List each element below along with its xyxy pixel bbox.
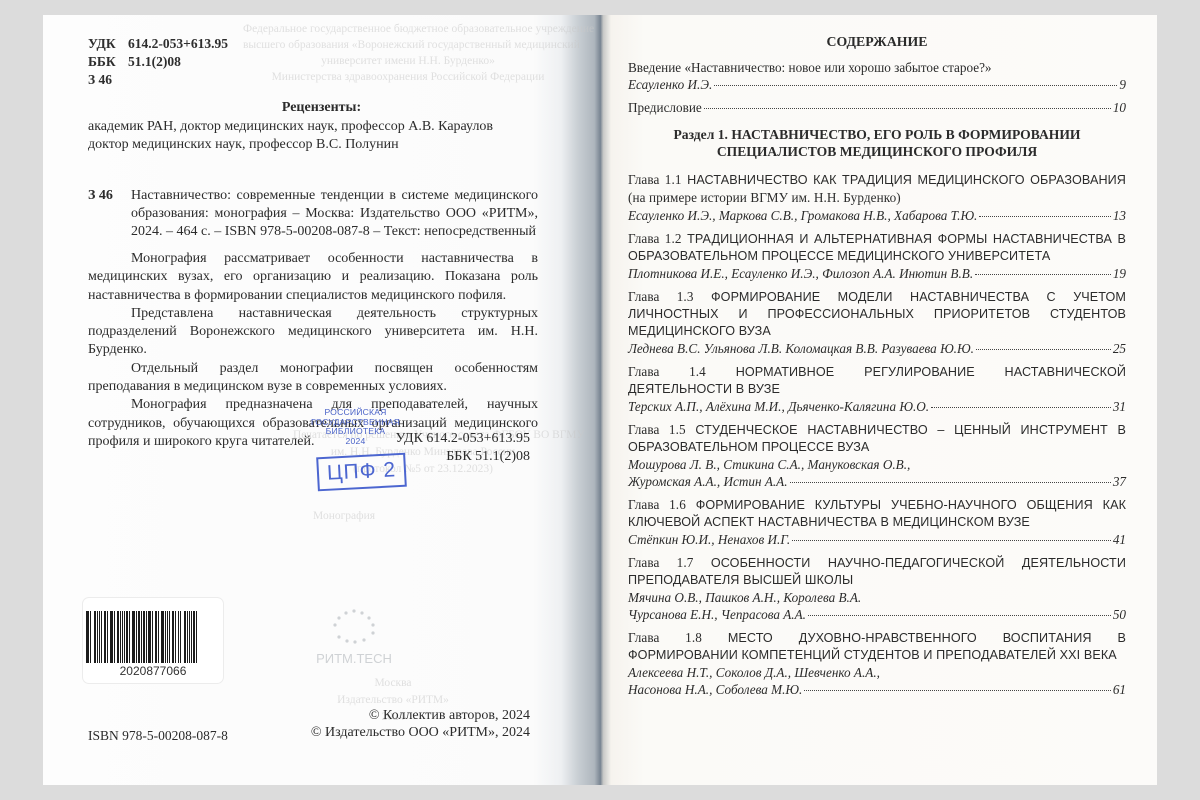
toc-entry-chapter[interactable]: Глава 1.5 СТУДЕНЧЕСКОЕ НАСТАВНИЧЕСТВО – … (628, 421, 1126, 490)
chapter-number: Глава 1.8 (628, 630, 702, 645)
chapter-authors: Алексеева Н.Т., Соколов Д.А., Шевченко А… (628, 664, 1126, 698)
toc-entry-intro[interactable]: Введение «Наставничество: новое или хоро… (628, 59, 1126, 93)
chapter-authors: Терских А.П., Алёхина М.И., Дьяченко-Кал… (628, 398, 1126, 415)
dot-leader (931, 397, 1111, 408)
intro-authors: Есауленко И.Э. (628, 76, 712, 93)
authors-text: Мячина О.В., Пашков А.Н., Королева В.А. (628, 590, 861, 605)
authors-text: Мошурова Л. В., Стикина С.А., Мануковска… (628, 457, 910, 472)
chapter-number: Глава 1.3 (628, 289, 694, 304)
toc-entry-chapter[interactable]: Глава 1.6 ФОРМИРОВАНИЕ КУЛЬТУРЫ УЧЕБНО-Н… (628, 496, 1126, 548)
reviewer: академик РАН, доктор медицинских наук, п… (88, 118, 493, 136)
toc-line: Леднева В.С. Ульянова Л.В. Коломацкая В.… (628, 340, 1126, 357)
bbk-label: ББК (88, 53, 128, 71)
ghost-line: Федеральное государственное бюджетное об… (243, 21, 573, 37)
author-mark: З 46 (88, 71, 228, 89)
dot-leader (704, 98, 1111, 109)
authors-line: Алексеева Н.Т., Соколов Д.А., Шевченко А… (628, 664, 1126, 681)
classification-codes-right: УДК 614.2-053+613.95 ББК 51.1(2)08 (396, 430, 530, 466)
copyright-line: © Издательство ООО «РИТМ», 2024 (311, 724, 530, 741)
authors-text: Терских А.П., Алёхина М.И., Дьяченко-Кал… (628, 398, 929, 415)
chapter-title-text: СТУДЕНЧЕСКОЕ НАСТАВНИЧЕСТВО – ЦЕННЫЙ ИНС… (628, 423, 1126, 454)
publisher-logo-icon: РИТМ.ТЕСН (309, 603, 399, 671)
chapter-number: Глава 1.6 (628, 497, 686, 512)
ghost-line: высшего образования «Воронежский государ… (243, 37, 573, 53)
toc-entry-chapter[interactable]: Глава 1.3 ФОРМИРОВАНИЕ МОДЕЛИ НАСТАВНИЧЕ… (628, 288, 1126, 357)
toc-entry-chapter[interactable]: Глава 1.1 НАСТАВНИЧЕСТВО КАК ТРАДИЦИЯ МЕ… (628, 171, 1126, 224)
authors-text: Алексеева Н.Т., Соколов Д.А., Шевченко А… (628, 665, 880, 680)
toc-entry-chapter[interactable]: Глава 1.4 НОРМАТИВНОЕ РЕГУЛИРОВАНИЕ НАСТ… (628, 363, 1126, 415)
reviewers-title: Рецензенты: (43, 100, 600, 116)
toc-line: Предисловие 10 (628, 99, 1126, 116)
chapter-subtitle: (на примере истории ВГМУ им. Н.Н. Бурден… (628, 190, 901, 205)
dot-leader (792, 530, 1111, 541)
dot-leader (975, 264, 1111, 275)
chapter-title-text: НАСТАВНИЧЕСТВО КАК ТРАДИЦИЯ МЕДИЦИНСКОГО… (687, 173, 1126, 187)
page-number: 9 (1119, 76, 1126, 93)
authors-text: Стёпкин Ю.И., Ненахов И.Г. (628, 531, 790, 548)
intro-title: Введение «Наставничество: новое или хоро… (628, 59, 1126, 76)
chapter-authors: Мячина О.В., Пашков А.Н., Королева В.А.Ч… (628, 589, 1126, 623)
dot-leader (790, 472, 1111, 483)
page-number: 37 (1113, 473, 1126, 490)
biblio-text: Наставничество: современные тенденции в … (131, 187, 538, 241)
chapter-title: Глава 1.2 ТРАДИЦИОННАЯ И АЛЬТЕРНАТИВНАЯ … (628, 230, 1126, 265)
bbk-value: 51.1(2)08 (128, 54, 181, 69)
toc-line: Журомская А.А., Истин А.А.37 (628, 473, 1126, 490)
toc-entry-chapter[interactable]: Глава 1.2 ТРАДИЦИОННАЯ И АЛЬТЕРНАТИВНАЯ … (628, 230, 1126, 282)
udk-value: 614.2-053+613.95 (128, 36, 228, 51)
chapter-title-text: ФОРМИРОВАНИЕ КУЛЬТУРЫ УЧЕБНО-НАУЧНОГО ОБ… (628, 498, 1126, 529)
chapter-title: Глава 1.3 ФОРМИРОВАНИЕ МОДЕЛИ НАСТАВНИЧЕ… (628, 288, 1126, 340)
toc-title: СОДЕРЖАНИЕ (628, 33, 1126, 50)
bibliographic-record: З 46 Наставничество: современные тенденц… (88, 187, 538, 241)
copyright-line: © Коллектив авторов, 2024 (311, 707, 530, 724)
chapter-title: Глава 1.7 ОСОБЕННОСТИ НАУЧНО-ПЕДАГОГИЧЕС… (628, 554, 1126, 589)
right-page: СОДЕРЖАНИЕ Введение «Наставничество: нов… (600, 15, 1157, 785)
page-number: 10 (1113, 99, 1126, 116)
ghost-line: Министерства здравоохранения Российской … (243, 69, 573, 85)
chapter-title-text: ФОРМИРОВАНИЕ МОДЕЛИ НАСТАВНИЧЕСТВА С УЧЕ… (628, 290, 1126, 338)
chapter-title: Глава 1.4 НОРМАТИВНОЕ РЕГУЛИРОВАНИЕ НАСТ… (628, 363, 1126, 398)
reviewers-list: академик РАН, доктор медицинских наук, п… (88, 118, 493, 154)
toc-entry-chapter[interactable]: Глава 1.7 ОСОБЕННОСТИ НАУЧНО-ПЕДАГОГИЧЕС… (628, 554, 1126, 623)
chapter-number: Глава 1.7 (628, 555, 693, 570)
ghost-line: университет имени Н.Н. Бурденко» (243, 53, 573, 69)
chapter-authors: Плотникова И.Е., Есауленко И.Э., Филозоп… (628, 265, 1126, 282)
barcode-icon (86, 611, 214, 663)
dot-leader (979, 206, 1110, 217)
toc-entry-preface[interactable]: Предисловие 10 (628, 99, 1126, 116)
toc-line: Плотникова И.Е., Есауленко И.Э., Филозоп… (628, 265, 1126, 282)
chapter-authors: Стёпкин Ю.И., Ненахов И.Г.41 (628, 531, 1126, 548)
dot-leader (976, 339, 1111, 350)
authors-text: Плотникова И.Е., Есауленко И.Э., Филозоп… (628, 265, 973, 282)
bbk-code-right: ББК 51.1(2)08 (396, 448, 530, 466)
page-number: 13 (1113, 207, 1126, 224)
ghost-line: Москва (293, 675, 493, 692)
toc-line: Терских А.П., Алёхина М.И., Дьяченко-Кал… (628, 398, 1126, 415)
udk-code: УДК614.2-053+613.95 (88, 35, 228, 53)
show-through-header: Федеральное государственное бюджетное об… (243, 21, 573, 85)
authors-text: Есауленко И.Э., Маркова С.В., Громакова … (628, 207, 977, 224)
barcode-sticker: 2020877066 (83, 598, 223, 683)
page-number: 25 (1113, 340, 1126, 357)
abstract-paragraph: Представлена наставническая деятельность… (88, 305, 538, 360)
page-number: 19 (1113, 265, 1126, 282)
abstract-paragraph: Монография рассматривает особенности нас… (88, 250, 538, 305)
page-number: 50 (1113, 606, 1126, 623)
toc-line: Есауленко И.Э., Маркова С.В., Громакова … (628, 207, 1126, 224)
isbn: ISBN 978-5-00208-087-8 (88, 728, 228, 744)
stamp-line: 2024 (311, 437, 400, 447)
table-of-contents: СОДЕРЖАНИЕ Введение «Наставничество: нов… (628, 33, 1126, 704)
barcode-number: 2020877066 (83, 664, 223, 678)
left-page: Федеральное государственное бюджетное об… (43, 15, 600, 785)
authors-text: Насонова Н.А., Соболева М.Ю. (628, 681, 802, 698)
chapter-title: Глава 1.8 МЕСТО ДУХОВНО-НРАВСТВЕННОГО ВО… (628, 629, 1126, 664)
udk-label: УДК (88, 35, 128, 53)
authors-text: Журомская А.А., Истин А.А. (628, 473, 788, 490)
chapter-title: Глава 1.5 СТУДЕНЧЕСКОЕ НАСТАВНИЧЕСТВО – … (628, 421, 1126, 456)
chapter-title-text: МЕСТО ДУХОВНО-НРАВСТВЕННОГО ВОСПИТАНИЯ В… (628, 631, 1126, 662)
chapter-title-text: ОСОБЕННОСТИ НАУЧНО-ПЕДАГОГИЧЕСКОЙ ДЕЯТЕЛ… (628, 556, 1126, 587)
logo-text: РИТМ.ТЕСН (316, 651, 392, 666)
classification-codes: УДК614.2-053+613.95 ББК51.1(2)08 З 46 (88, 35, 228, 89)
copyright: © Коллектив авторов, 2024 © Издательство… (311, 707, 530, 741)
chapter-title: Глава 1.6 ФОРМИРОВАНИЕ КУЛЬТУРЫ УЧЕБНО-Н… (628, 496, 1126, 531)
toc-line: Есауленко И.Э. 9 (628, 76, 1126, 93)
page-number: 61 (1113, 681, 1126, 698)
authors-line: Мячина О.В., Пашков А.Н., Королева В.А. (628, 589, 1126, 606)
book-spread: Федеральное государственное бюджетное об… (43, 15, 1157, 785)
reviewer: доктор медицинских наук, профессор В.С. … (88, 136, 493, 154)
toc-entry-chapter[interactable]: Глава 1.8 МЕСТО ДУХОВНО-НРАВСТВЕННОГО ВО… (628, 629, 1126, 698)
cpf-stamp: ЦПФ 2 (316, 453, 407, 492)
chapter-number: Глава 1.1 (628, 172, 682, 187)
chapter-title-text: ТРАДИЦИОННАЯ И АЛЬТЕРНАТИВНАЯ ФОРМЫ НАСТ… (628, 232, 1126, 263)
chapter-authors: Мошурова Л. В., Стикина С.А., Мануковска… (628, 456, 1126, 490)
dot-leader (714, 75, 1117, 86)
chapter-number: Глава 1.4 (628, 364, 706, 379)
page-number: 41 (1113, 531, 1126, 548)
authors-text: Чурсанова Е.Н., Чепрасова А.А. (628, 606, 806, 623)
section-heading: Раздел 1. НАСТАВНИЧЕСТВО, ЕГО РОЛЬ В ФОР… (628, 126, 1126, 160)
toc-line: Стёпкин Ю.И., Ненахов И.Г.41 (628, 531, 1126, 548)
abstract-paragraph: Отдельный раздел монографии посвящен осо… (88, 360, 538, 397)
chapter-number: Глава 1.5 (628, 422, 686, 437)
toc-line: Насонова Н.А., Соболева М.Ю.61 (628, 681, 1126, 698)
chapter-authors: Есауленко И.Э., Маркова С.В., Громакова … (628, 207, 1126, 224)
library-stamp: РОССИЙСКАЯ ГОСУДАРСТВЕННАЯ БИБЛИОТЕКА 20… (311, 408, 400, 446)
show-through-genre: Монография (313, 510, 375, 522)
bbk-code: ББК51.1(2)08 (88, 53, 228, 71)
dot-leader (808, 605, 1111, 616)
chapter-list: Глава 1.1 НАСТАВНИЧЕСТВО КАК ТРАДИЦИЯ МЕ… (628, 171, 1126, 698)
authors-text: Леднева В.С. Ульянова Л.В. Коломацкая В.… (628, 340, 974, 357)
preface-title: Предисловие (628, 99, 702, 116)
biblio-code: З 46 (88, 187, 113, 205)
authors-line: Мошурова Л. В., Стикина С.А., Мануковска… (628, 456, 1126, 473)
chapter-title: Глава 1.1 НАСТАВНИЧЕСТВО КАК ТРАДИЦИЯ МЕ… (628, 171, 1126, 207)
page-number: 31 (1113, 398, 1126, 415)
toc-line: Чурсанова Е.Н., Чепрасова А.А.50 (628, 606, 1126, 623)
dot-leader (804, 680, 1110, 691)
chapter-authors: Леднева В.С. Ульянова Л.В. Коломацкая В.… (628, 340, 1126, 357)
udk-code-right: УДК 614.2-053+613.95 (396, 430, 530, 448)
chapter-number: Глава 1.2 (628, 231, 682, 246)
